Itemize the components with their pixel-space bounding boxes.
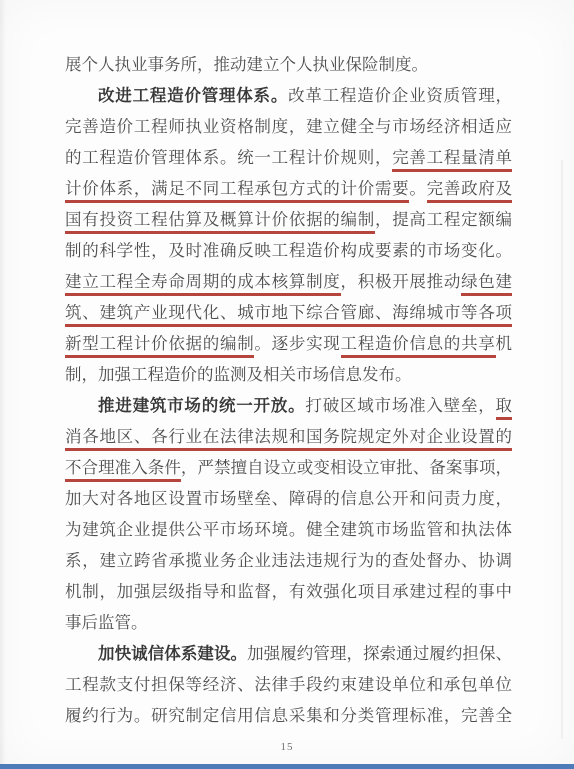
body-text: 。 bbox=[409, 179, 426, 198]
red-underlined-text: 完善工程量清单 bbox=[392, 148, 512, 172]
text-line: 新型工程计价依据的编制。逐步实现工程造价信息的共享机 bbox=[65, 328, 512, 359]
text-line: 不合理准入条件，严禁擅自设立或变相设立审批、备案事项， bbox=[65, 452, 512, 483]
body-text: 展个人执业事务所，推动建立个人执业保险制度。 bbox=[65, 55, 428, 74]
body-text: 加大对各地区设置市场壁垒、障碍的信息公开和问责力度， bbox=[65, 489, 512, 508]
red-underlined-text: 计价体系，满足不同工程承包方式的计价需要 bbox=[65, 179, 409, 203]
red-underlined-text: 筑、建筑产业现代化、城市地下综合管廊、海绵城市等各项 bbox=[65, 303, 512, 327]
text-line: 国有投资工程估算及概算计价依据的编制，提高工程定额编 bbox=[65, 204, 512, 235]
body-text: 履约行为。研究制定信用信息采集和分类管理标准，完善全 bbox=[65, 706, 512, 725]
body-text: 工程款支付担保等经济、法律手段约束建设单位和承包单位 bbox=[65, 675, 512, 694]
text-line: 的工程造价管理体系。统一工程计价规则，完善工程量清单 bbox=[65, 142, 512, 173]
text-line: 消各地区、各行业在法律法规和国务院规定外对企业设置的 bbox=[65, 421, 512, 452]
body-text: 。逐步实现 bbox=[254, 334, 340, 353]
body-text: 打破区域市场准入壁垒， bbox=[305, 396, 495, 415]
body-text: 为建筑企业提供公平市场环境。健全建筑市场监管和执法体 bbox=[65, 520, 512, 539]
body-text: 事后监管。 bbox=[65, 613, 148, 632]
red-underlined-text: 工程造价信息的共享 bbox=[341, 334, 496, 358]
section-heading: 改进工程造价管理体系。 bbox=[98, 87, 288, 105]
scanned-document-page: 展个人执业事务所，推动建立个人执业保险制度。改进工程造价管理体系。改革工程造价企… bbox=[0, 0, 574, 769]
text-line: 为建筑企业提供公平市场环境。健全建筑市场监管和执法体 bbox=[65, 514, 512, 545]
text-line: 机制，加强层级指导和监督，有效强化项目承建过程的事中 bbox=[65, 576, 512, 607]
red-underlined-text: 国有投资工程估算及概算计价依据的编制 bbox=[65, 210, 375, 234]
body-text: 制的科学性，及时准确反映工程造价构成要素的市场变化。 bbox=[65, 241, 512, 260]
text-line: 完善造价工程师执业资格制度，建立健全与市场经济相适应 bbox=[65, 111, 512, 142]
text-line: 改进工程造价管理体系。改革工程造价企业资质管理， bbox=[65, 80, 512, 111]
text-line: 推进建筑市场的统一开放。打破区域市场准入壁垒，取 bbox=[65, 390, 512, 421]
scan-right-edge-line bbox=[561, 160, 563, 739]
text-line: 建立工程全寿命周期的成本核算制度，积极开展推动绿色建 bbox=[65, 266, 512, 297]
red-underlined-text: 消各地区、各行业在法律法规和国务院规定外对企业设置的 bbox=[65, 427, 512, 451]
scan-left-edge-shadow bbox=[0, 0, 6, 769]
section-heading: 加快诚信体系建设。 bbox=[98, 645, 247, 663]
text-line: 制，加强工程造价的监测及相关市场信息发布。 bbox=[65, 359, 512, 390]
body-text: ，积极开展推动 bbox=[341, 272, 462, 291]
text-line: 履约行为。研究制定信用信息采集和分类管理标准，完善全 bbox=[65, 700, 512, 731]
document-text-block: 展个人执业事务所，推动建立个人执业保险制度。改进工程造价管理体系。改革工程造价企… bbox=[65, 49, 512, 731]
footer-accent-bar bbox=[0, 764, 574, 769]
body-text: ，严禁擅自设立或变相设立审批、备案事项， bbox=[181, 458, 512, 477]
red-underlined-text: 绿色建 bbox=[461, 272, 512, 296]
text-line: 工程款支付担保等经济、法律手段约束建设单位和承包单位 bbox=[65, 669, 512, 700]
body-text: 系，建立跨省承揽业务企业违法违规行为的查处督办、协调 bbox=[65, 551, 512, 570]
body-text: 制，加强工程造价的监测及相关市场信息发布。 bbox=[65, 365, 412, 384]
body-text: 加强履约管理，探索通过履约担保、 bbox=[247, 644, 512, 663]
body-text: 完善造价工程师执业资格制度，建立健全与市场经济相适应 bbox=[65, 117, 512, 136]
body-text: 机 bbox=[496, 334, 513, 353]
page-number: 15 bbox=[0, 741, 574, 753]
body-text: ，提高工程定额编 bbox=[375, 210, 512, 229]
red-underlined-text: 不合理准入条件 bbox=[65, 458, 181, 482]
red-underlined-text: 建立工程全寿命周期的成本核算制度 bbox=[65, 272, 341, 296]
body-text: 改革工程造价企业资质管理， bbox=[288, 86, 512, 105]
text-line: 加大对各地区设置市场壁垒、障碍的信息公开和问责力度， bbox=[65, 483, 512, 514]
red-underlined-text: 新型工程计价依据的编制 bbox=[65, 334, 254, 358]
body-text: 机制，加强层级指导和监督，有效强化项目承建过程的事中 bbox=[65, 582, 512, 601]
red-underlined-text: 完善政府及 bbox=[427, 179, 512, 203]
text-line: 展个人执业事务所，推动建立个人执业保险制度。 bbox=[65, 49, 512, 80]
text-line: 计价体系，满足不同工程承包方式的计价需要。完善政府及 bbox=[65, 173, 512, 204]
text-line: 事后监管。 bbox=[65, 607, 512, 638]
section-heading: 推进建筑市场的统一开放。 bbox=[98, 397, 305, 415]
red-underlined-text: 取 bbox=[496, 396, 513, 420]
text-line: 制的科学性，及时准确反映工程造价构成要素的市场变化。 bbox=[65, 235, 512, 266]
body-text: 的工程造价管理体系。统一工程计价规则， bbox=[65, 148, 392, 167]
text-line: 系，建立跨省承揽业务企业违法违规行为的查处督办、协调 bbox=[65, 545, 512, 576]
text-line: 筑、建筑产业现代化、城市地下综合管廊、海绵城市等各项 bbox=[65, 297, 512, 328]
text-line: 加快诚信体系建设。加强履约管理，探索通过履约担保、 bbox=[65, 638, 512, 669]
